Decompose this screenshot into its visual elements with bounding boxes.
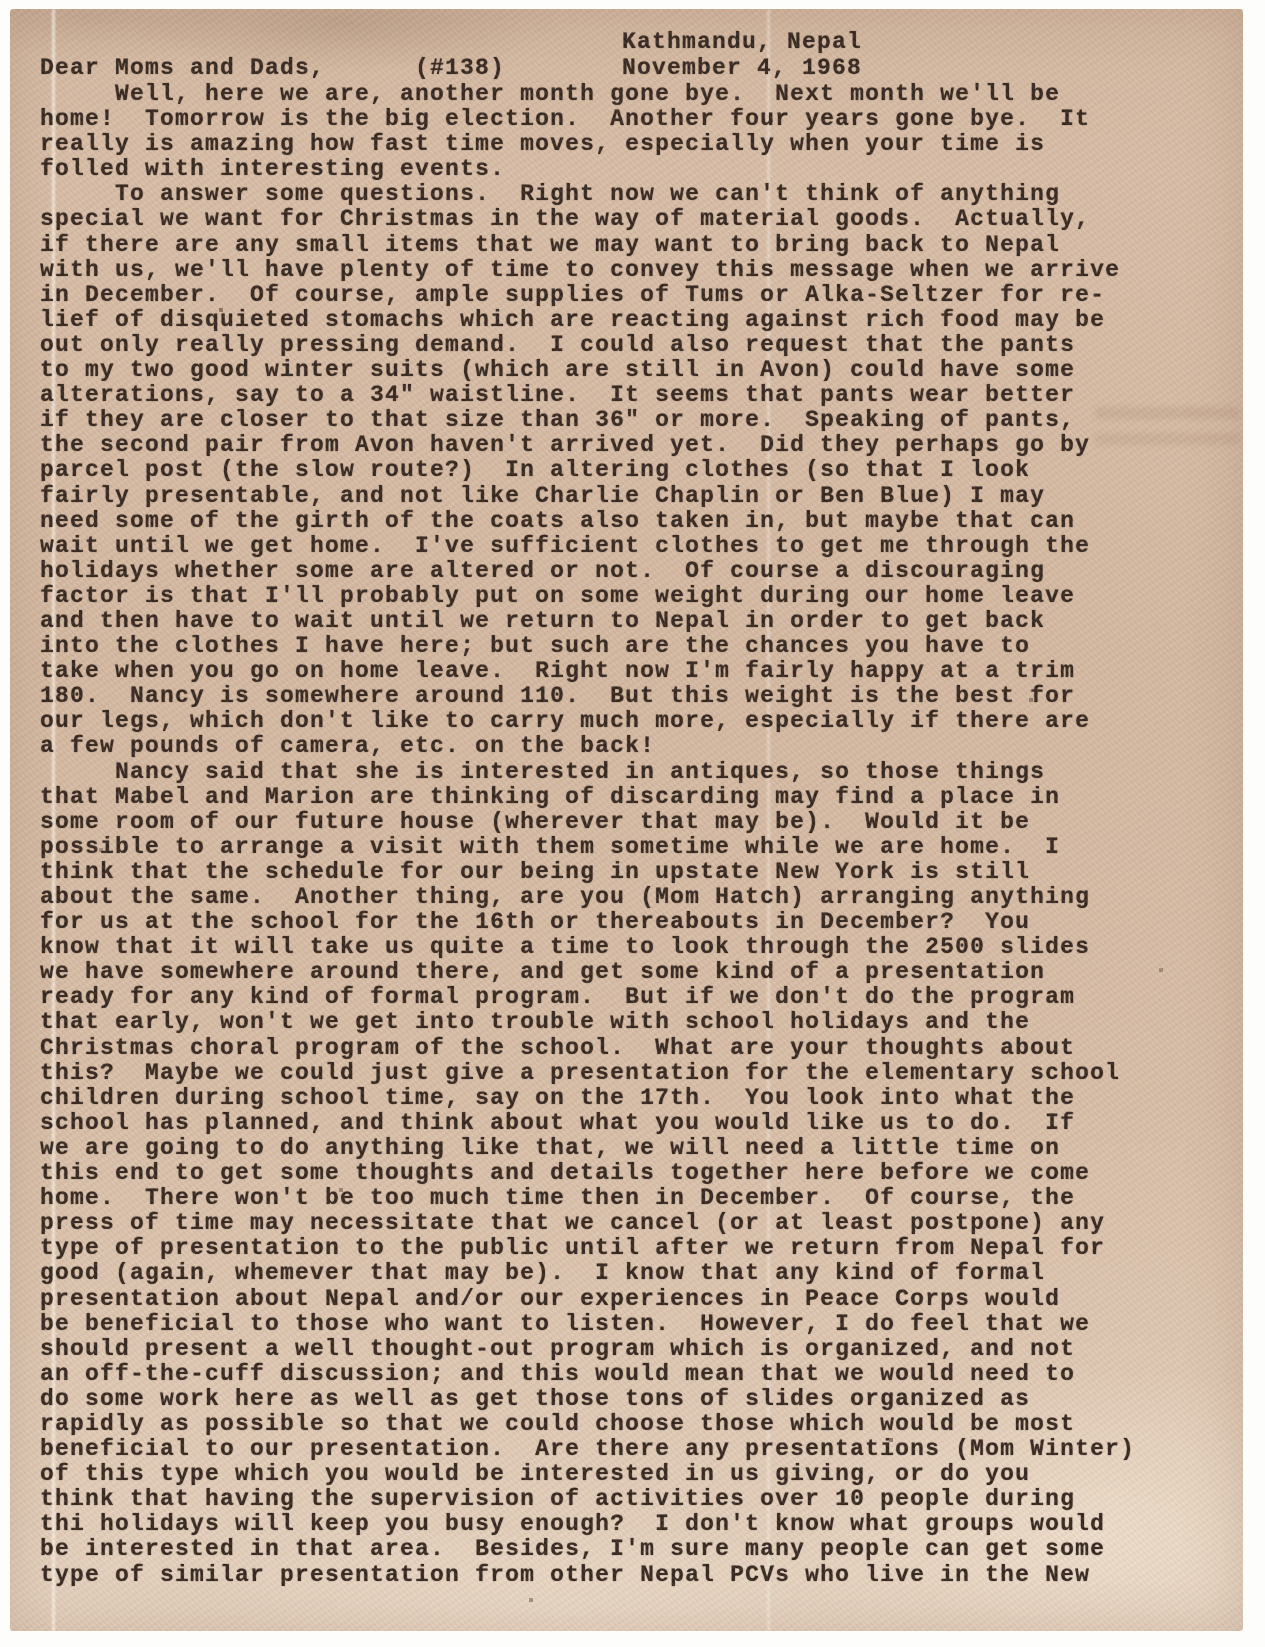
letter-salutation: Dear Moms and Dads,	[40, 55, 325, 81]
letter-date: November 4, 1968	[622, 55, 862, 81]
letter-body-text: Well, here we are, another month gone by…	[40, 82, 1135, 1588]
letter-location: Kathmandu, Nepal	[622, 29, 862, 55]
letter-number: (#138)	[415, 55, 505, 81]
paper-specks	[10, 9, 12, 11]
letter-paper: Kathmandu, Nepal Dear Moms and Dads, (#1…	[10, 9, 1243, 1631]
scanned-letter-page: Kathmandu, Nepal Dear Moms and Dads, (#1…	[0, 0, 1265, 1647]
